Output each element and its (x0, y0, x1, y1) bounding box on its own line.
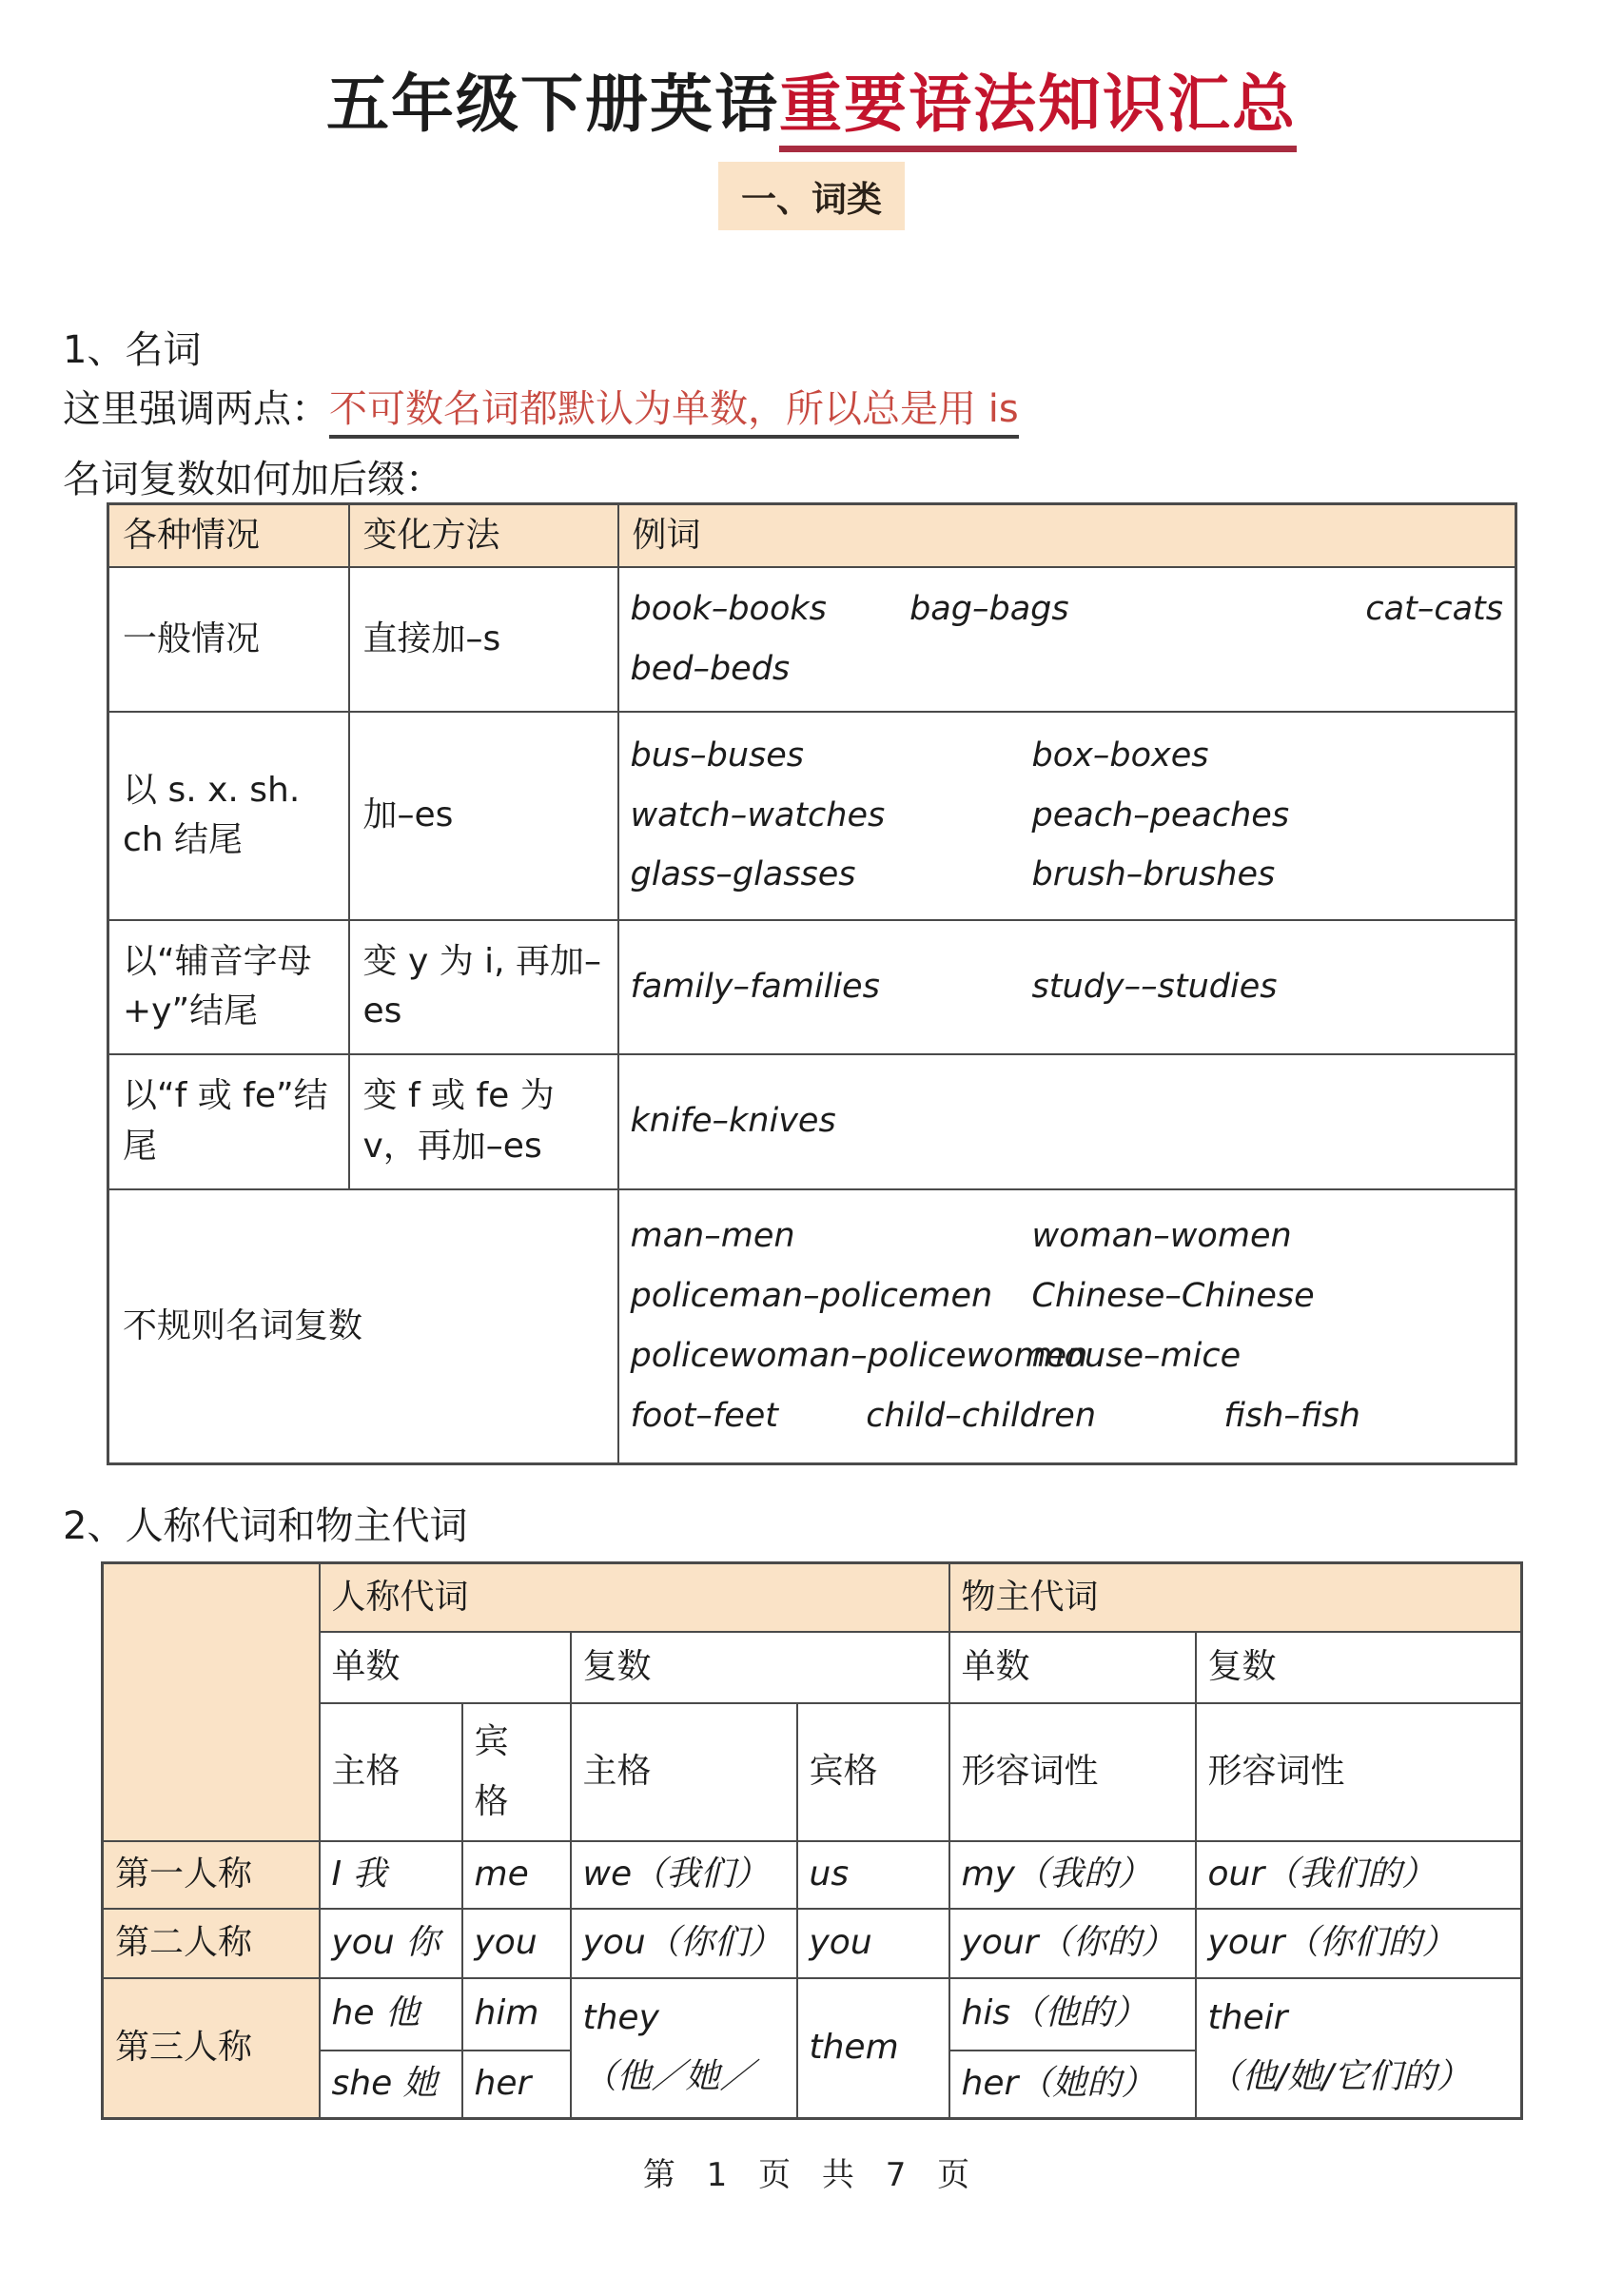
example-pair: bed–beds (631, 645, 791, 694)
example-line: knife–knives (631, 1097, 1504, 1146)
example-pair: knife–knives (631, 1097, 836, 1146)
method-cell: 变 y 为 i, 再加–es (349, 920, 618, 1054)
case-header-object-text: 宾格 (475, 1712, 514, 1832)
example-pair: watch–watches (631, 792, 1032, 840)
example-pair: bus–buses (631, 732, 1032, 780)
suffix-intro-line: 名词复数如何加后缀： (63, 449, 443, 503)
method-cell: 变 f 或 fe 为 v，再加–es (349, 1054, 618, 1189)
case-header-adjectival: 形容词性 (1196, 1703, 1522, 1841)
pronoun-cell: you 你 (320, 1909, 462, 1978)
column-header-case: 各种情况 (108, 504, 349, 568)
example-pair: man–men (631, 1212, 1032, 1261)
number-header-singular: 单数 (949, 1632, 1196, 1703)
examples-cell: bus–buses box–boxes watch–watches peach–… (618, 712, 1516, 920)
pronoun-line: they (583, 1993, 785, 2043)
examples-cell: man–men woman–women policeman–policemen … (618, 1189, 1516, 1464)
example-line: policeman–policemen Chinese–Chinese (631, 1272, 1504, 1321)
case-header-adjectival: 形容词性 (949, 1703, 1196, 1841)
example-line: book–books bag–bags cat–cats (631, 585, 1504, 634)
emphasis-red-underlined: 不可数名词都默认为单数，所以总是用 is (329, 387, 1019, 439)
pronoun-table: 人称代词 物主代词 单数 复数 单数 复数 主格 宾格 主格 宾格 形容词性 形… (101, 1561, 1523, 2120)
example-pair: peach–peaches (1032, 792, 1503, 840)
pronoun-cell: you (462, 1909, 571, 1978)
example-line: glass–glasses brush–brushes (631, 851, 1504, 899)
example-line: family–families study––studies (631, 963, 1504, 1011)
pronoun-cell: she 她 (320, 2051, 462, 2119)
pronoun-cell: them (797, 1978, 949, 2119)
case-cell: 以“f 或 fe”结尾 (108, 1054, 349, 1189)
pronoun-cell: me (462, 1841, 571, 1909)
emphasis-lead: 这里强调两点： (63, 387, 329, 431)
group-header-personal: 人称代词 (320, 1563, 949, 1632)
example-pair: box–boxes (1032, 732, 1503, 780)
page-title: 五年级下册英语重要语法知识汇总 (0, 53, 1623, 144)
pronoun-cell: our（我们的） (1196, 1841, 1522, 1909)
emphasis-line: 这里强调两点：不可数名词都默认为单数，所以总是用 is (63, 379, 1019, 433)
pronoun-cell: him (462, 1978, 571, 2051)
pronoun-cell: you (797, 1909, 949, 1978)
table-row-third-person-upper: 第三人称 he 他 him they （他／她／ them his（他的） th… (103, 1978, 1522, 2051)
pronoun-cell: I 我 (320, 1841, 462, 1909)
number-header-plural: 复数 (571, 1632, 949, 1703)
pronoun-cell: my（我的） (949, 1841, 1196, 1909)
example-line: policewoman–policewomen mouse–mice (631, 1332, 1504, 1381)
example-pair: study––studies (1032, 963, 1503, 1011)
row-label-second-person: 第二人称 (103, 1909, 320, 1978)
pronoun-cell: her (462, 2051, 571, 2119)
section1-header: 一、词类 (718, 162, 905, 230)
example-line: foot–feet child–children fish–fish (631, 1392, 1504, 1441)
case-header-object: 宾格 (797, 1703, 949, 1841)
column-header-method: 变化方法 (349, 504, 618, 568)
pronoun-cell: your（你的） (949, 1909, 1196, 1978)
table-row-first-person: 第一人称 I 我 me we（我们） us my（我的） our（我们的） (103, 1841, 1522, 1909)
example-pair: foot–feet (631, 1392, 867, 1441)
pronoun-cell: their （他/她/它们的） (1196, 1978, 1522, 2119)
page-title-red-underlined: 重要语法知识汇总 (779, 68, 1297, 152)
table-row: 一般情况 直接加–s book–books bag–bags cat–cats … (108, 567, 1516, 712)
pronoun-cell: they （他／她／ (571, 1978, 797, 2119)
number-header-singular: 单数 (320, 1632, 571, 1703)
pronoun-cell: you（你们） (571, 1909, 797, 1978)
example-pair: family–families (631, 963, 1032, 1011)
example-line: bus–buses box–boxes (631, 732, 1504, 780)
example-pair: policeman–policemen (631, 1272, 1032, 1321)
pronoun-line: （他/她/它们的） (1208, 2052, 1509, 2102)
pronoun-cell: your（你们的） (1196, 1909, 1522, 1978)
case-cell: 以“辅音字母+y”结尾 (108, 920, 349, 1054)
pronoun-line: （他／她／ (583, 2052, 785, 2102)
table-row: 以 s. x. sh. ch 结尾 加–es bus–buses box–box… (108, 712, 1516, 920)
pronoun-cell: her（她的） (949, 2051, 1196, 2119)
example-pair: woman–women (1032, 1212, 1503, 1261)
table-header-row: 人称代词 物主代词 (103, 1563, 1522, 1632)
example-pair: book–books (631, 585, 910, 634)
page-title-black: 五年级下册英语 (326, 68, 779, 141)
pronoun-cell: us (797, 1841, 949, 1909)
table-row: 以“辅音字母+y”结尾 变 y 为 i, 再加–es family–famili… (108, 920, 1516, 1054)
table-header-row: 各种情况 变化方法 例词 (108, 504, 1516, 568)
case-header-subject: 主格 (320, 1703, 462, 1841)
example-pair: bag–bags (909, 585, 1223, 634)
section1-header-row: 一、词类 (0, 162, 1623, 230)
example-pair: brush–brushes (1032, 851, 1503, 899)
examples-cell: knife–knives (618, 1054, 1516, 1189)
pronoun-cell: we（我们） (571, 1841, 797, 1909)
number-header-plural: 复数 (1196, 1632, 1522, 1703)
examples-cell: family–families study––studies (618, 920, 1516, 1054)
noun-item-heading: 1、名词 (63, 320, 201, 374)
example-pair: policewoman–policewomen (631, 1332, 1032, 1381)
example-pair: mouse–mice (1032, 1332, 1503, 1381)
case-header-object: 宾格 (462, 1703, 571, 1841)
pronoun-line: their (1208, 1993, 1509, 2043)
case-cell: 以 s. x. sh. ch 结尾 (108, 712, 349, 920)
method-cell: 加–es (349, 712, 618, 920)
group-header-possessive: 物主代词 (949, 1563, 1522, 1632)
examples-cell: book–books bag–bags cat–cats bed–beds (618, 567, 1516, 712)
example-pair: fish–fish (1223, 1392, 1503, 1441)
noun-plural-table: 各种情况 变化方法 例词 一般情况 直接加–s book–books bag–b… (107, 502, 1517, 1465)
example-pair: Chinese–Chinese (1032, 1272, 1503, 1321)
section2-heading: 2、人称代词和物主代词 (63, 1496, 467, 1550)
case-cell: 一般情况 (108, 567, 349, 712)
row-label-first-person: 第一人称 (103, 1841, 320, 1909)
pronoun-cell: his（他的） (949, 1978, 1196, 2051)
example-line: watch–watches peach–peaches (631, 792, 1504, 840)
column-header-examples: 例词 (618, 504, 1516, 568)
case-header-subject: 主格 (571, 1703, 797, 1841)
table-row: 不规则名词复数 man–men woman–women policeman–po… (108, 1189, 1516, 1464)
page-number-footer: 第 1 页 共 7 页 (0, 2149, 1623, 2195)
method-cell: 直接加–s (349, 567, 618, 712)
row-label-third-person: 第三人称 (103, 1978, 320, 2119)
pronoun-cell: he 他 (320, 1978, 462, 2051)
corner-empty-cell (103, 1563, 320, 1841)
table-row-second-person: 第二人称 you 你 you you（你们） you your（你的） your… (103, 1909, 1522, 1978)
example-pair: cat–cats (1223, 585, 1503, 634)
example-line: bed–beds (631, 645, 1504, 694)
table-row: 以“f 或 fe”结尾 变 f 或 fe 为 v，再加–es knife–kni… (108, 1054, 1516, 1189)
example-pair: child–children (866, 1392, 1223, 1441)
example-pair: glass–glasses (631, 851, 1032, 899)
example-line: man–men woman–women (631, 1212, 1504, 1261)
case-cell: 不规则名词复数 (108, 1189, 618, 1464)
